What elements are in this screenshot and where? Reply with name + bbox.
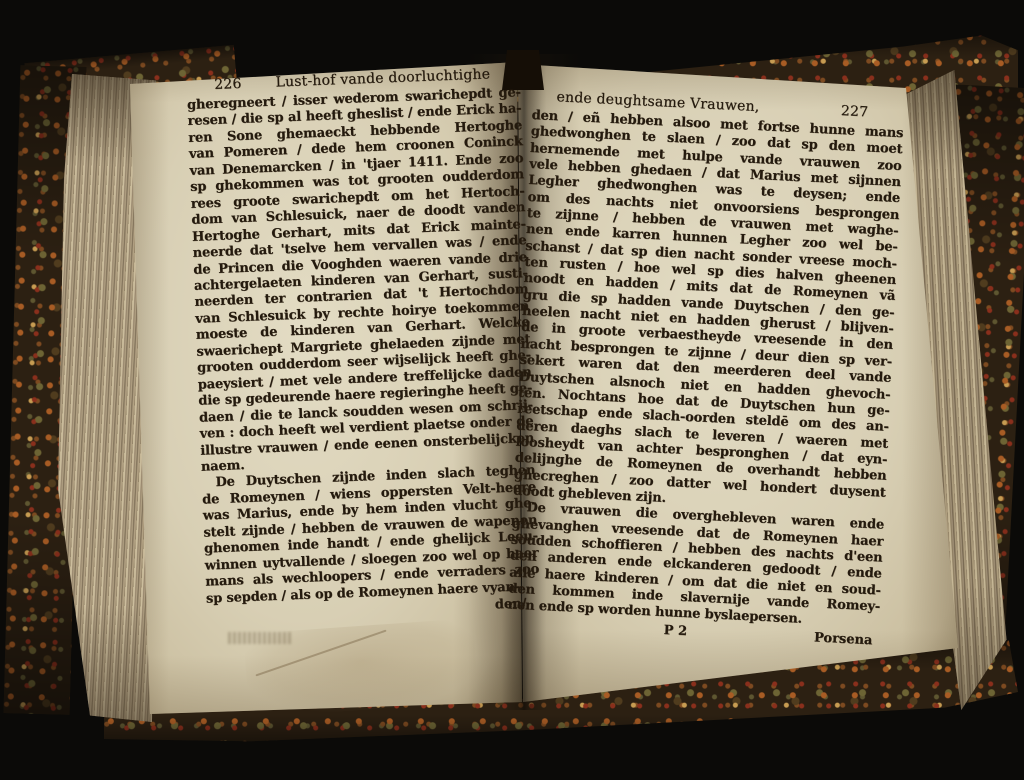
signature-mark: P 2 [663, 623, 687, 639]
right-page-text: ende deughtsame Vrauwen, 227 den / eñ he… [506, 88, 904, 648]
left-page-body: gheregneert / isser wederom swarichepdt … [187, 85, 540, 607]
right-page-number: 227 [841, 103, 869, 120]
left-page-number: 226 [214, 76, 242, 93]
book-photo: 226 Lust-hof vande doorluchtighe gheregn… [0, 0, 1024, 780]
right-page-catchword: Porsena [814, 630, 873, 648]
right-page-body: den / eñ hebben alsoo met fortse hunne m… [507, 108, 903, 632]
ink-show-through [228, 632, 292, 644]
left-page-text: 226 Lust-hof vande doorluchtighe gheregn… [186, 65, 541, 623]
